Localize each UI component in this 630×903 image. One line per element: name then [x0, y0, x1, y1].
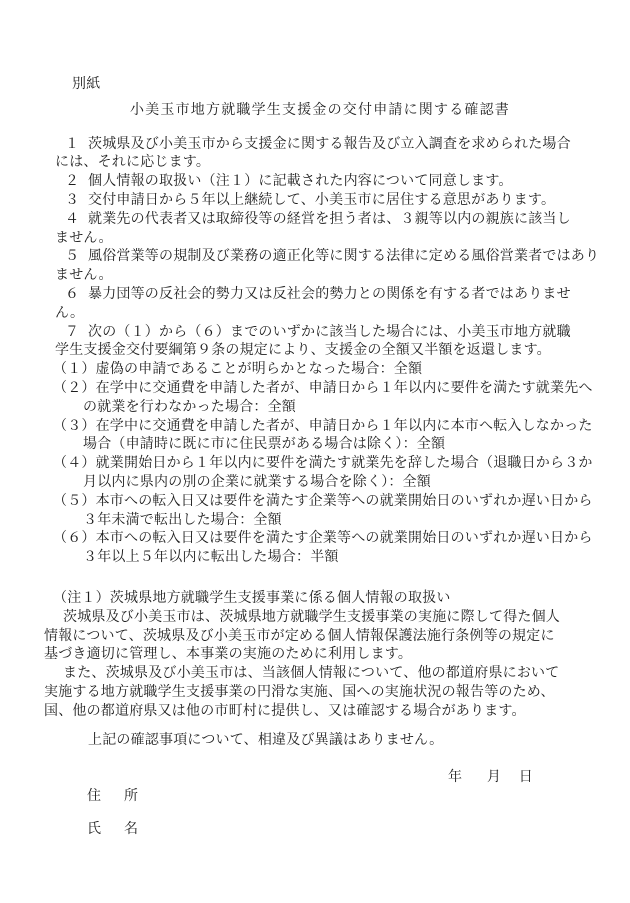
item-text: 個人情報の取扱い（注１）に記載された内容について同意します。 [88, 174, 513, 189]
confirmation-line: （２）在学中に交通費を申請した者が、申請日から１年以内に要件を満たす就業先へ [53, 380, 578, 399]
confirmation-line: ６暴力団等の反社会的勢力又は反社会的勢力との関係を有する者ではありませ [65, 286, 578, 305]
personal-information-note: （注１）茨城県地方就職学生支援事業に係る個人情報の取扱い茨城県及び小美玉市は、茨… [44, 590, 578, 722]
confirmation-line: （４）就業開始日から１年以内に要件を満たす就業先を辞した場合（退職日から３か [53, 455, 578, 474]
confirmation-document-page: 別紙 小美玉市地方就職学生支援金の交付申請に関する確認書 １茨城県及び小美玉市か… [0, 0, 630, 903]
item-text: 暴力団等の反社会的勢力又は反社会的勢力との関係を有する者ではありませ [88, 287, 571, 302]
note-line: 基づき適切に管理し、本事業の実施のために利用します。 [44, 646, 578, 665]
confirmation-line: ません。 [55, 267, 578, 286]
confirmation-line: ２個人情報の取扱い（注１）に記載された内容について同意します。 [65, 173, 578, 192]
address-field-label: 住 所 [87, 788, 578, 807]
item-text: 風俗営業等の規制及び業務の適正化等に関する法律に定める風俗営業者ではあり [88, 249, 599, 264]
confirmation-line: ７次の（１）から（６）までのいずかに該当した場合には、小美玉市地方就職 [65, 324, 578, 343]
confirmation-line: 場合（申請時に既に市に住民票がある場合は除く）：全額 [83, 436, 578, 455]
item-number: ６ [65, 286, 88, 305]
confirmation-line: （６）本市への転入日又は要件を満たす企業等への就業開始日のいずれか遅い日から [53, 530, 578, 549]
confirmation-line: ５風俗営業等の規制及び業務の適正化等に関する法律に定める風俗営業者ではあり [65, 248, 578, 267]
item-number: ４ [65, 211, 88, 230]
confirmation-items-and-return-conditions: １茨城県及び小美玉市から支援金に関する報告及び立入調査を求められた場合には、それ… [44, 136, 578, 568]
closing-statement: 上記の確認事項について、相違及び異議はありません。 [88, 732, 578, 751]
item-text: 就業先の代表者又は取締役等の経営を担う者は、３親等以内の親族に該当し [88, 212, 571, 227]
item-number: ２ [65, 173, 88, 192]
item-number: １ [65, 136, 88, 155]
name-field-label: 氏 名 [87, 821, 578, 840]
note-line: 情報について、茨城県及び小美玉市が定める個人情報保護法施行条例等の規定に [44, 628, 578, 647]
attachment-label: 別紙 [72, 76, 578, 95]
date-line: 年 月 日 [44, 769, 578, 788]
confirmation-line: ん。 [55, 305, 578, 324]
confirmation-line: １茨城県及び小美玉市から支援金に関する報告及び立入調査を求められた場合 [65, 136, 578, 155]
item-number: ７ [65, 324, 88, 343]
confirmation-line: ません。 [55, 230, 578, 249]
date-month-label: 月 [487, 770, 501, 785]
item-number: ５ [65, 248, 88, 267]
note-line: 実施する地方就職学生支援事業の円滑な実施、国への実施状況の報告等のため、 [44, 684, 578, 703]
confirmation-line: 月以内に県内の別の企業に就業する場合を除く）：全額 [83, 474, 578, 493]
item-text: 交付申請日から５年以上継続して、小美玉市に居住する意思があります。 [88, 193, 555, 208]
note-line: 国、他の都道府県又は他の市町村に提供し、又は確認する場合があります。 [44, 703, 578, 722]
document-title: 小美玉市地方就職学生支援金の交付申請に関する確認書 [44, 102, 578, 121]
confirmation-line: ３年以上５年以内に転出した場合：半額 [83, 549, 578, 568]
item-number: ３ [65, 192, 88, 211]
item-text: 次の（１）から（６）までのいずかに該当した場合には、小美玉市地方就職 [88, 325, 571, 340]
confirmation-line: （５）本市への転入日又は要件を満たす企業等への就業開始日のいずれか遅い日から [53, 493, 578, 512]
note-line: （注１）茨城県地方就職学生支援事業に係る個人情報の取扱い [53, 590, 578, 609]
confirmation-line: には、それに応じます。 [55, 154, 578, 173]
confirmation-line: ４就業先の代表者又は取締役等の経営を担う者は、３親等以内の親族に該当し [65, 211, 578, 230]
confirmation-line: ３年未満で転出した場合：全額 [83, 512, 578, 531]
confirmation-line: ３交付申請日から５年以上継続して、小美玉市に居住する意思があります。 [65, 192, 578, 211]
item-text: 茨城県及び小美玉市から支援金に関する報告及び立入調査を求められた場合 [88, 137, 571, 152]
date-year-label: 年 [448, 770, 462, 785]
date-day-label: 日 [519, 770, 533, 785]
note-line: 茨城県及び小美玉市は、茨城県地方就職学生支援事業の実施に際して得た個人 [63, 609, 578, 628]
confirmation-line: の就業を行わなかった場合：全額 [83, 399, 578, 418]
note-line: また、茨城県及び小美玉市は、当該個人情報について、他の都道府県において [63, 665, 578, 684]
confirmation-line: （１）虚偽の申請であることが明らかとなった場合：全額 [53, 361, 578, 380]
confirmation-line: 学生支援金交付要綱第９条の規定により、支援金の全額又半額を返還します。 [55, 342, 578, 361]
confirmation-line: （３）在学中に交通費を申請した者が、申請日から１年以内に本市へ転入しなかった [53, 418, 578, 437]
